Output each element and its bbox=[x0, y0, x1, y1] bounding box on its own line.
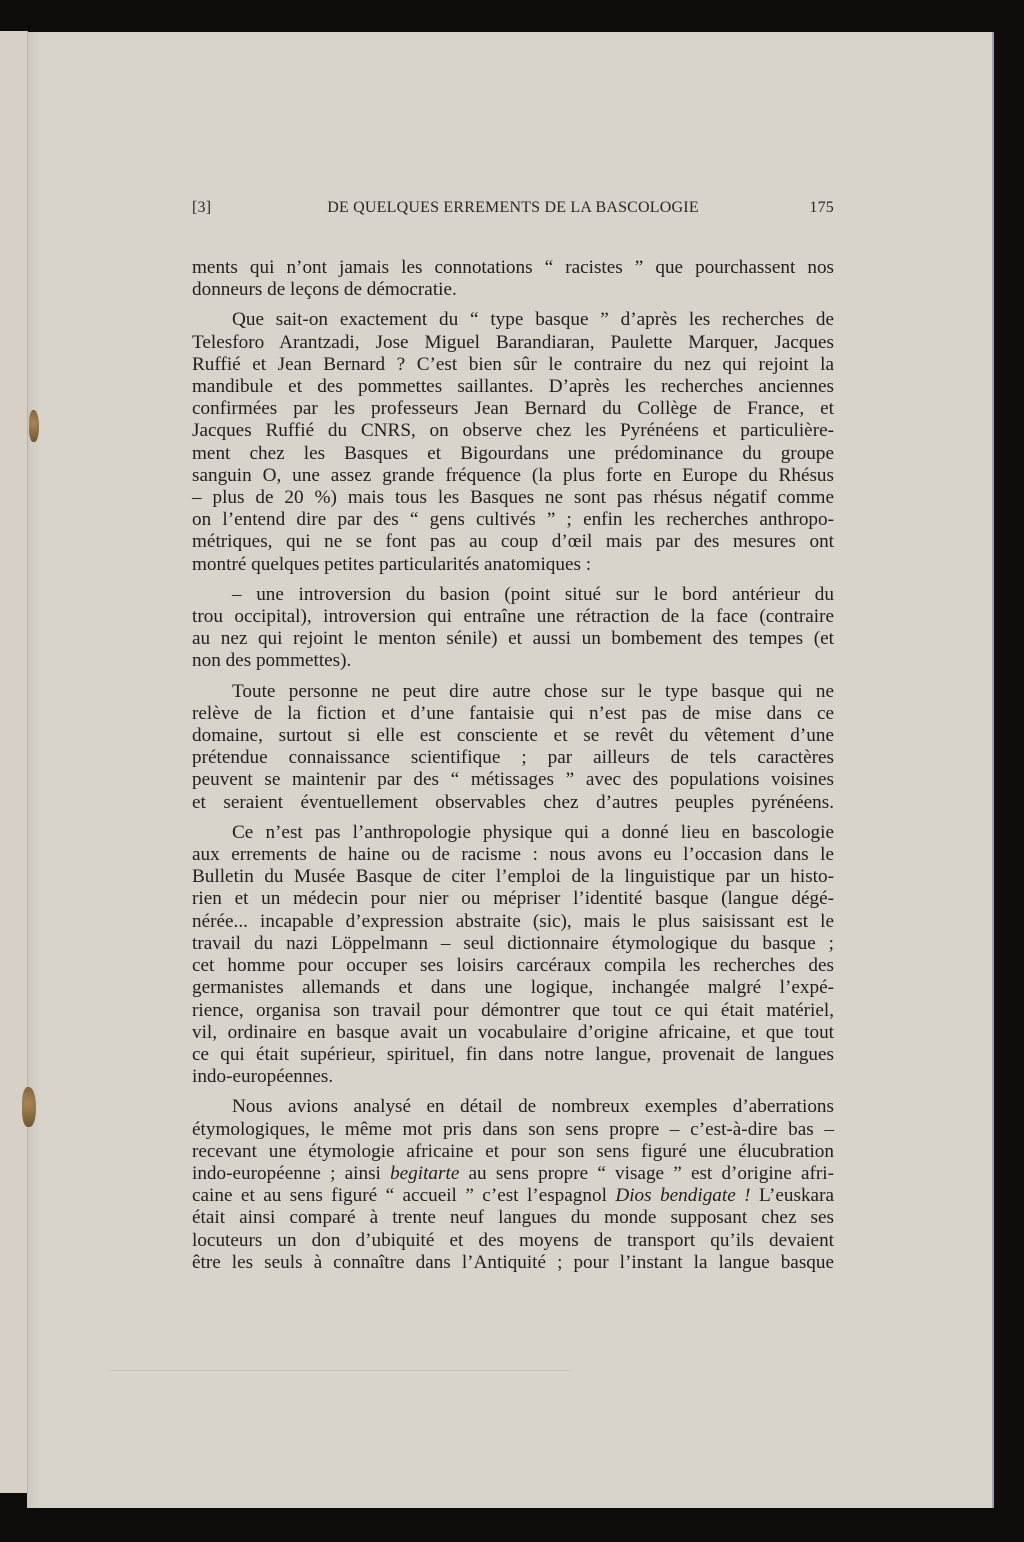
text-line: montré quelques petites particularités a… bbox=[192, 554, 834, 576]
text-line: prétendue connaissance scientifique ; pa… bbox=[192, 747, 834, 769]
body-text: ments qui n’ont jamais les connotations … bbox=[192, 257, 834, 1274]
running-title: DE QUELQUES ERREMENTS DE LA BASCOLOGIE bbox=[192, 199, 834, 217]
text-line: peuvent se maintenir par des “ métissage… bbox=[192, 769, 834, 791]
text-line: cet homme pour occuper ses loisirs carcé… bbox=[192, 955, 834, 977]
text-line: trou occipital), introversion qui entraî… bbox=[192, 606, 834, 628]
italic-term: Dios bendigate ! bbox=[615, 1185, 750, 1206]
page-number: 175 bbox=[809, 199, 834, 217]
text-line: – plus de 20 %) mais tous les Basques ne… bbox=[192, 487, 834, 509]
paragraph-5: Ce n’est pas l’anthropologie physique qu… bbox=[192, 822, 834, 1088]
text-line: métriques, qui ne se font pas au coup d’… bbox=[192, 531, 834, 553]
text-line: aux errements de haine ou de racisme : n… bbox=[192, 844, 834, 866]
text-run: au sens propre “ visage ” est d’origine … bbox=[459, 1163, 834, 1184]
text-line: non des pommettes). bbox=[192, 650, 834, 672]
paragraph-2: Que sait-on exactement du “ type basque … bbox=[192, 309, 834, 575]
paragraph-4: Toute personne ne peut dire autre chose … bbox=[192, 681, 834, 814]
text-line: étymologiques, le même mot pris dans son… bbox=[192, 1119, 834, 1141]
text-run: caine et au sens figuré “ accueil ” c’es… bbox=[192, 1185, 615, 1206]
text-line: rience, organisa son travail pour démont… bbox=[192, 1000, 834, 1022]
binding-gutter bbox=[27, 31, 28, 1493]
text-line-with-italic: caine et au sens figuré “ accueil ” c’es… bbox=[192, 1185, 834, 1207]
text-line: indo-européennes. bbox=[192, 1066, 834, 1088]
text-line: vil, ordinaire en basque avait un vocabu… bbox=[192, 1022, 834, 1044]
text-line: ment chez les Basques et Bigourdans une … bbox=[192, 443, 834, 465]
text-line: sanguin O, une assez grande fréquence (l… bbox=[192, 465, 834, 487]
binding-thread-lower bbox=[22, 1087, 36, 1127]
text-line: Ce n’est pas l’anthropologie physique qu… bbox=[192, 822, 834, 844]
paper-crease bbox=[110, 1370, 570, 1371]
text-line: Toute personne ne peut dire autre chose … bbox=[192, 681, 834, 703]
text-line: Bulletin du Musée Basque de citer l’empl… bbox=[192, 866, 834, 888]
text-line: nérée... incapable d’expression abstrait… bbox=[192, 911, 834, 933]
text-line: et seraient éventuellement observables c… bbox=[192, 792, 834, 814]
facing-page-edge bbox=[0, 31, 27, 1493]
paragraph-3: – une introversion du basion (point situ… bbox=[192, 584, 834, 673]
text-line: relève de la fiction et d’une fantaisie … bbox=[192, 703, 834, 725]
text-line: Ruffié et Jean Bernard ? C’est bien sûr … bbox=[192, 354, 834, 376]
text-line: recevant une étymologie africaine et pou… bbox=[192, 1141, 834, 1163]
paragraph-6: Nous avions analysé en détail de nombreu… bbox=[192, 1096, 834, 1274]
text-run: L’euskara bbox=[751, 1185, 834, 1206]
text-line: Nous avions analysé en détail de nombreu… bbox=[192, 1096, 834, 1118]
text-line: rien et un médecin pour nier ou mépriser… bbox=[192, 888, 834, 910]
text-line: ce qui était supérieur, spirituel, fin d… bbox=[192, 1044, 834, 1066]
text-line: germanistes allemands et dans une logiqu… bbox=[192, 977, 834, 999]
text-line: domaine, surtout si elle est consciente … bbox=[192, 725, 834, 747]
paragraph-1: ments qui n’ont jamais les connotations … bbox=[192, 257, 834, 301]
running-header: [3] DE QUELQUES ERREMENTS DE LA BASCOLOG… bbox=[192, 199, 834, 223]
text-line: donneurs de leçons de démocratie. bbox=[192, 279, 834, 301]
text-line: locuteurs un don d’ubiquité et des moyen… bbox=[192, 1230, 834, 1252]
text-line: confirmées par les professeurs Jean Bern… bbox=[192, 398, 834, 420]
text-line: ments qui n’ont jamais les connotations … bbox=[192, 257, 834, 279]
text-line: Que sait-on exactement du “ type basque … bbox=[192, 309, 834, 331]
text-line: Telesforo Arantzadi, Jose Miguel Barandi… bbox=[192, 332, 834, 354]
text-line: mandibule et des pommettes saillantes. D… bbox=[192, 376, 834, 398]
text-line-with-italic: indo-européenne ; ainsi begitarte au sen… bbox=[192, 1163, 834, 1185]
binding-thread-upper bbox=[29, 410, 39, 442]
text-run: indo-européenne ; ainsi bbox=[192, 1163, 390, 1184]
text-line: travail du nazi Löppelmann – seul dictio… bbox=[192, 933, 834, 955]
text-line: était ainsi comparé à trente neuf langue… bbox=[192, 1207, 834, 1229]
text-line: au nez qui rejoint le menton sénile) et … bbox=[192, 628, 834, 650]
text-line: Jacques Ruffié du CNRS, on observe chez … bbox=[192, 420, 834, 442]
text-line: on l’entend dire par des “ gens cultivés… bbox=[192, 509, 834, 531]
text-line: être les seuls à connaître dans l’Antiqu… bbox=[192, 1252, 834, 1274]
italic-term: begitarte bbox=[390, 1163, 459, 1184]
text-line: – une introversion du basion (point situ… bbox=[192, 584, 834, 606]
